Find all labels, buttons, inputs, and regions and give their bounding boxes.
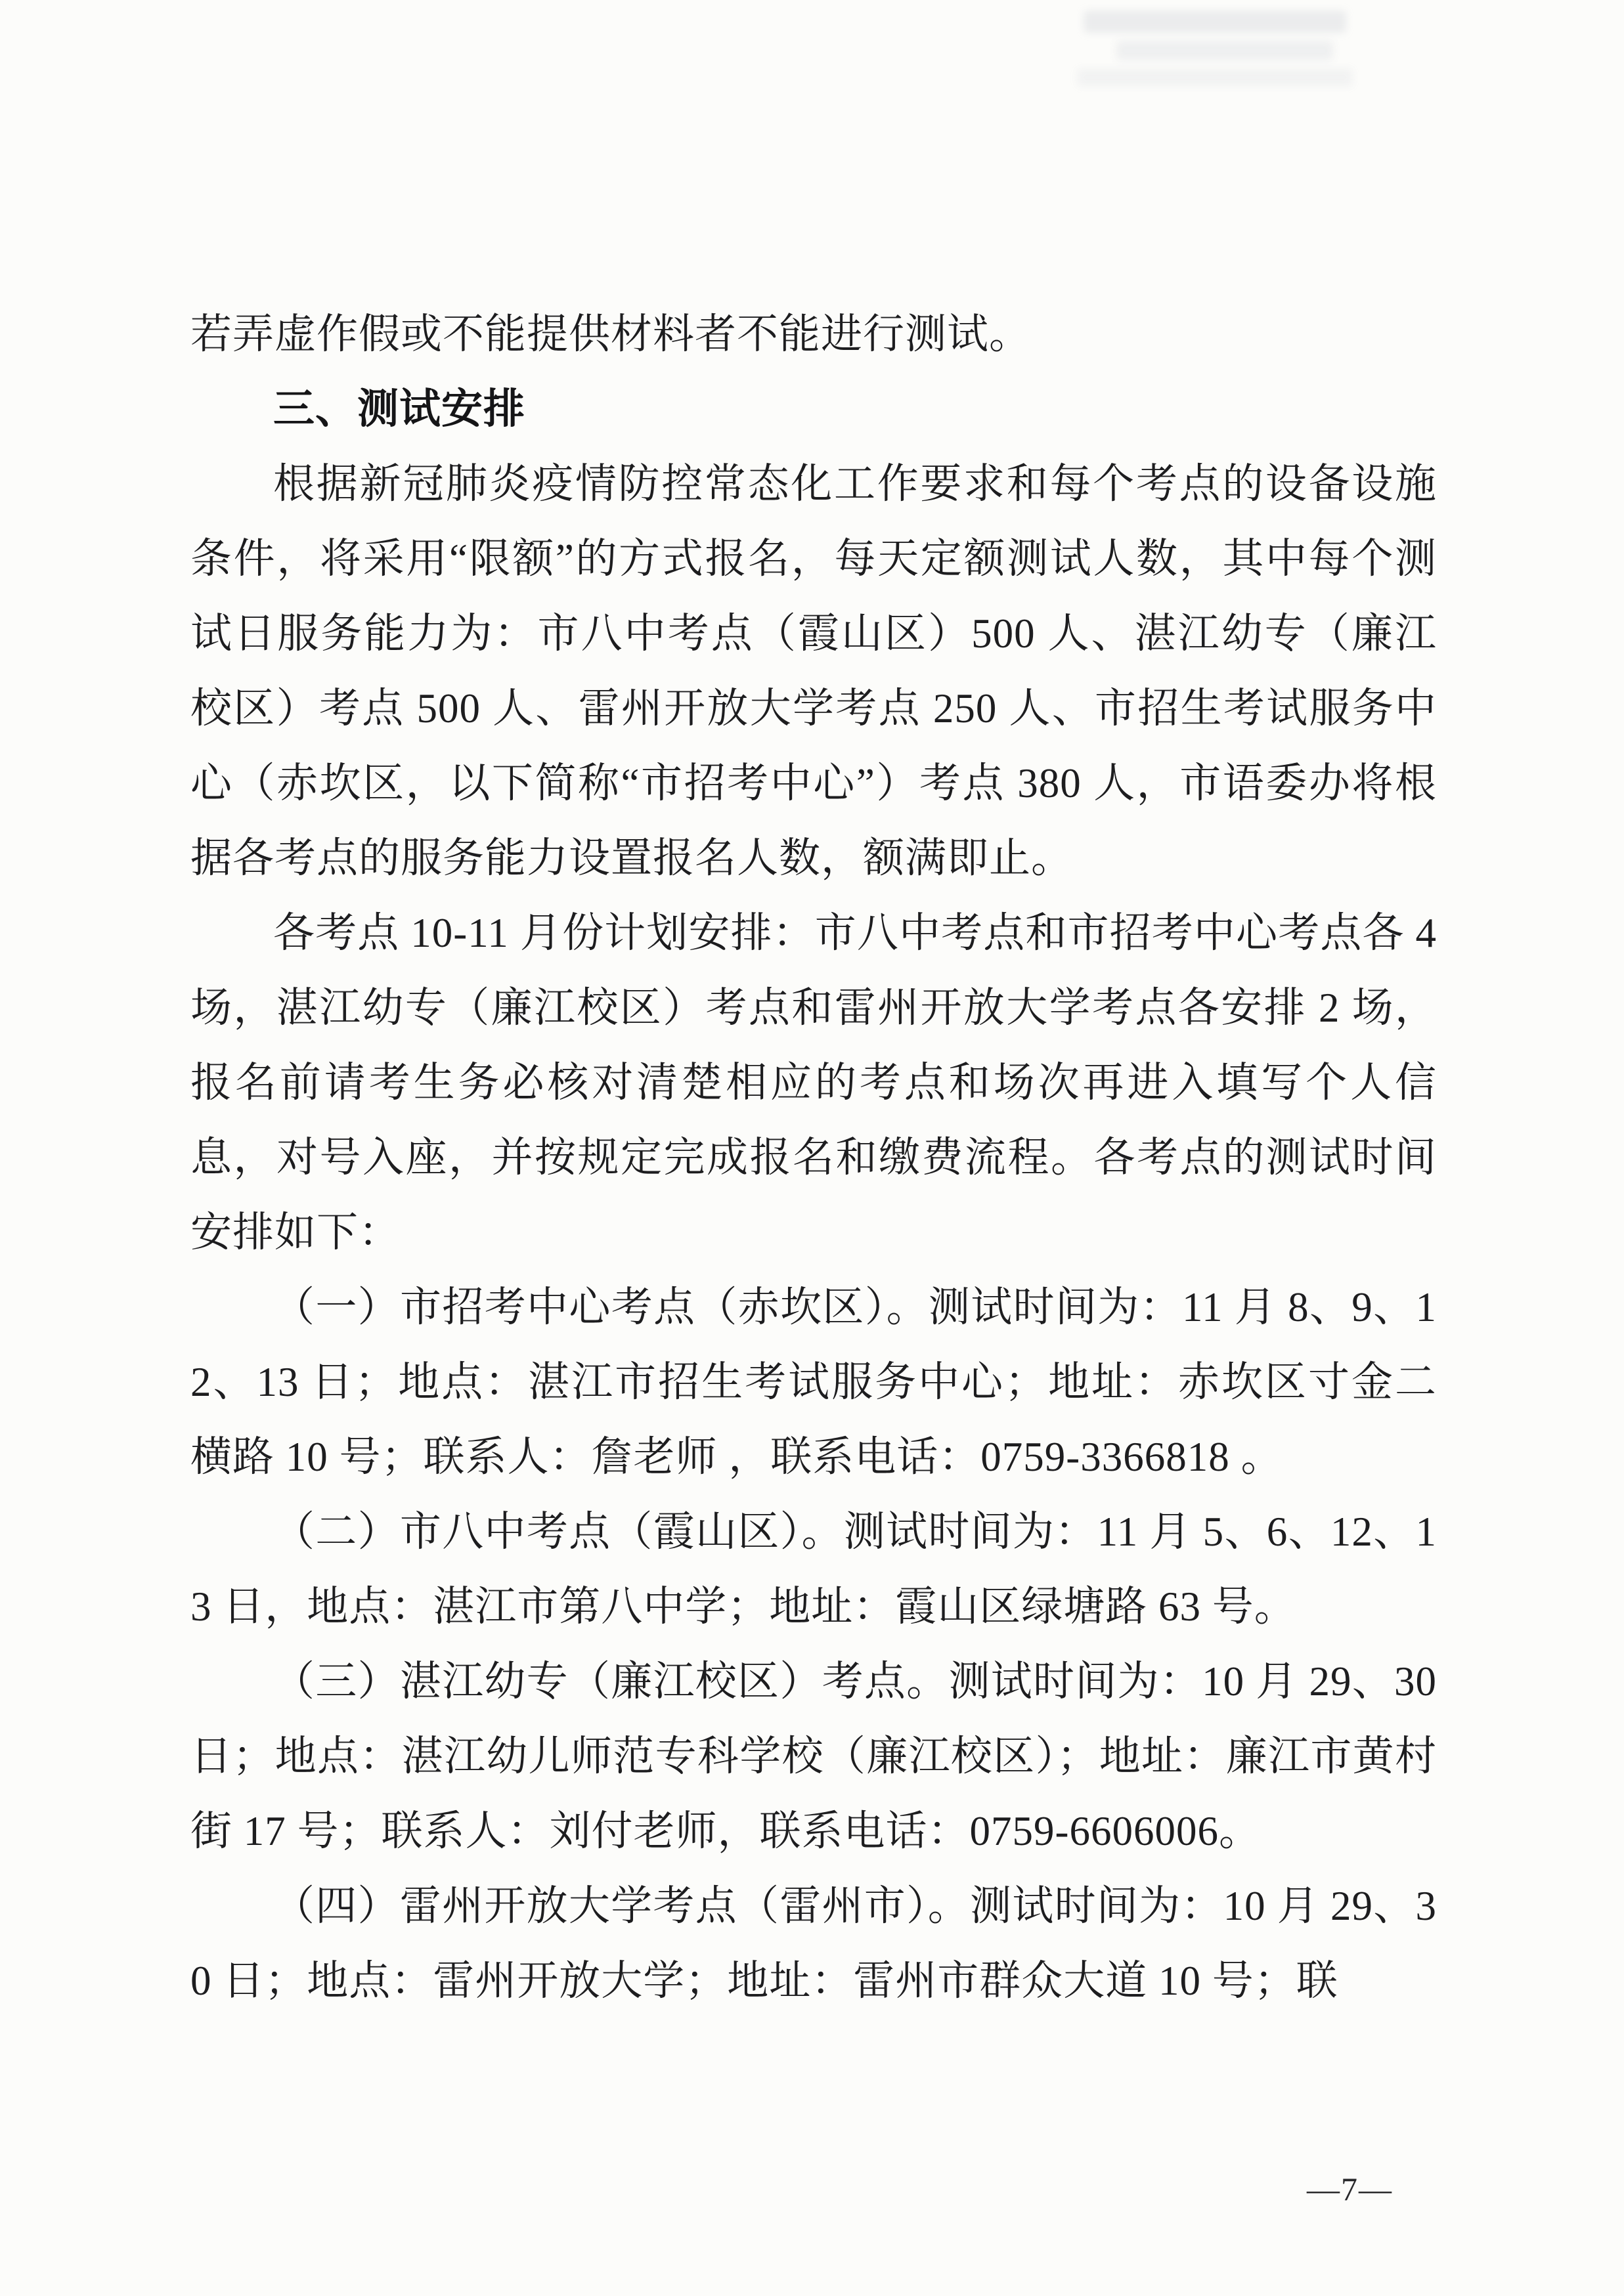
document-body: 若弄虚作假或不能提供材料者不能进行测试。 三、测试安排 根据新冠肺炎疫情防控常态… — [190, 297, 1437, 2018]
bleed-through-artifact — [1116, 41, 1333, 60]
page-number: —7— — [1307, 2170, 1393, 2208]
bleed-through-artifact — [1077, 68, 1353, 87]
paragraph-site-4-leizhou-open-university: （四）雷州开放大学考点（雷州市）。测试时间为：10 月 29、30 日；地点：雷… — [190, 1869, 1437, 2018]
paragraph-schedule-plan: 各考点 10-11 月份计划安排：市八中考点和市招考中心考点各 4 场，湛江幼专… — [190, 896, 1437, 1270]
continuation-paragraph: 若弄虚作假或不能提供材料者不能进行测试。 — [190, 297, 1437, 372]
bleed-through-artifact — [1084, 11, 1346, 33]
paragraph-capacity-overview: 根据新冠肺炎疫情防控常态化工作要求和每个考点的设备设施条件，将采用“限额”的方式… — [190, 446, 1437, 896]
document-page: 若弄虚作假或不能提供材料者不能进行测试。 三、测试安排 根据新冠肺炎疫情防控常态… — [0, 0, 1624, 2296]
paragraph-site-1-chikan: （一）市招考中心考点（赤坎区）。测试时间为：11 月 8、9、12、13 日；地… — [190, 1270, 1437, 1494]
section-heading: 三、测试安排 — [190, 372, 1437, 446]
paragraph-site-2-no8-middle-school: （二）市八中考点（霞山区）。测试时间为：11 月 5、6、12、13 日，地点：… — [190, 1494, 1437, 1644]
paragraph-site-3-zhanjiang-preschool-college: （三）湛江幼专（廉江校区）考点。测试时间为：10 月 29、30 日；地点：湛江… — [190, 1644, 1437, 1869]
